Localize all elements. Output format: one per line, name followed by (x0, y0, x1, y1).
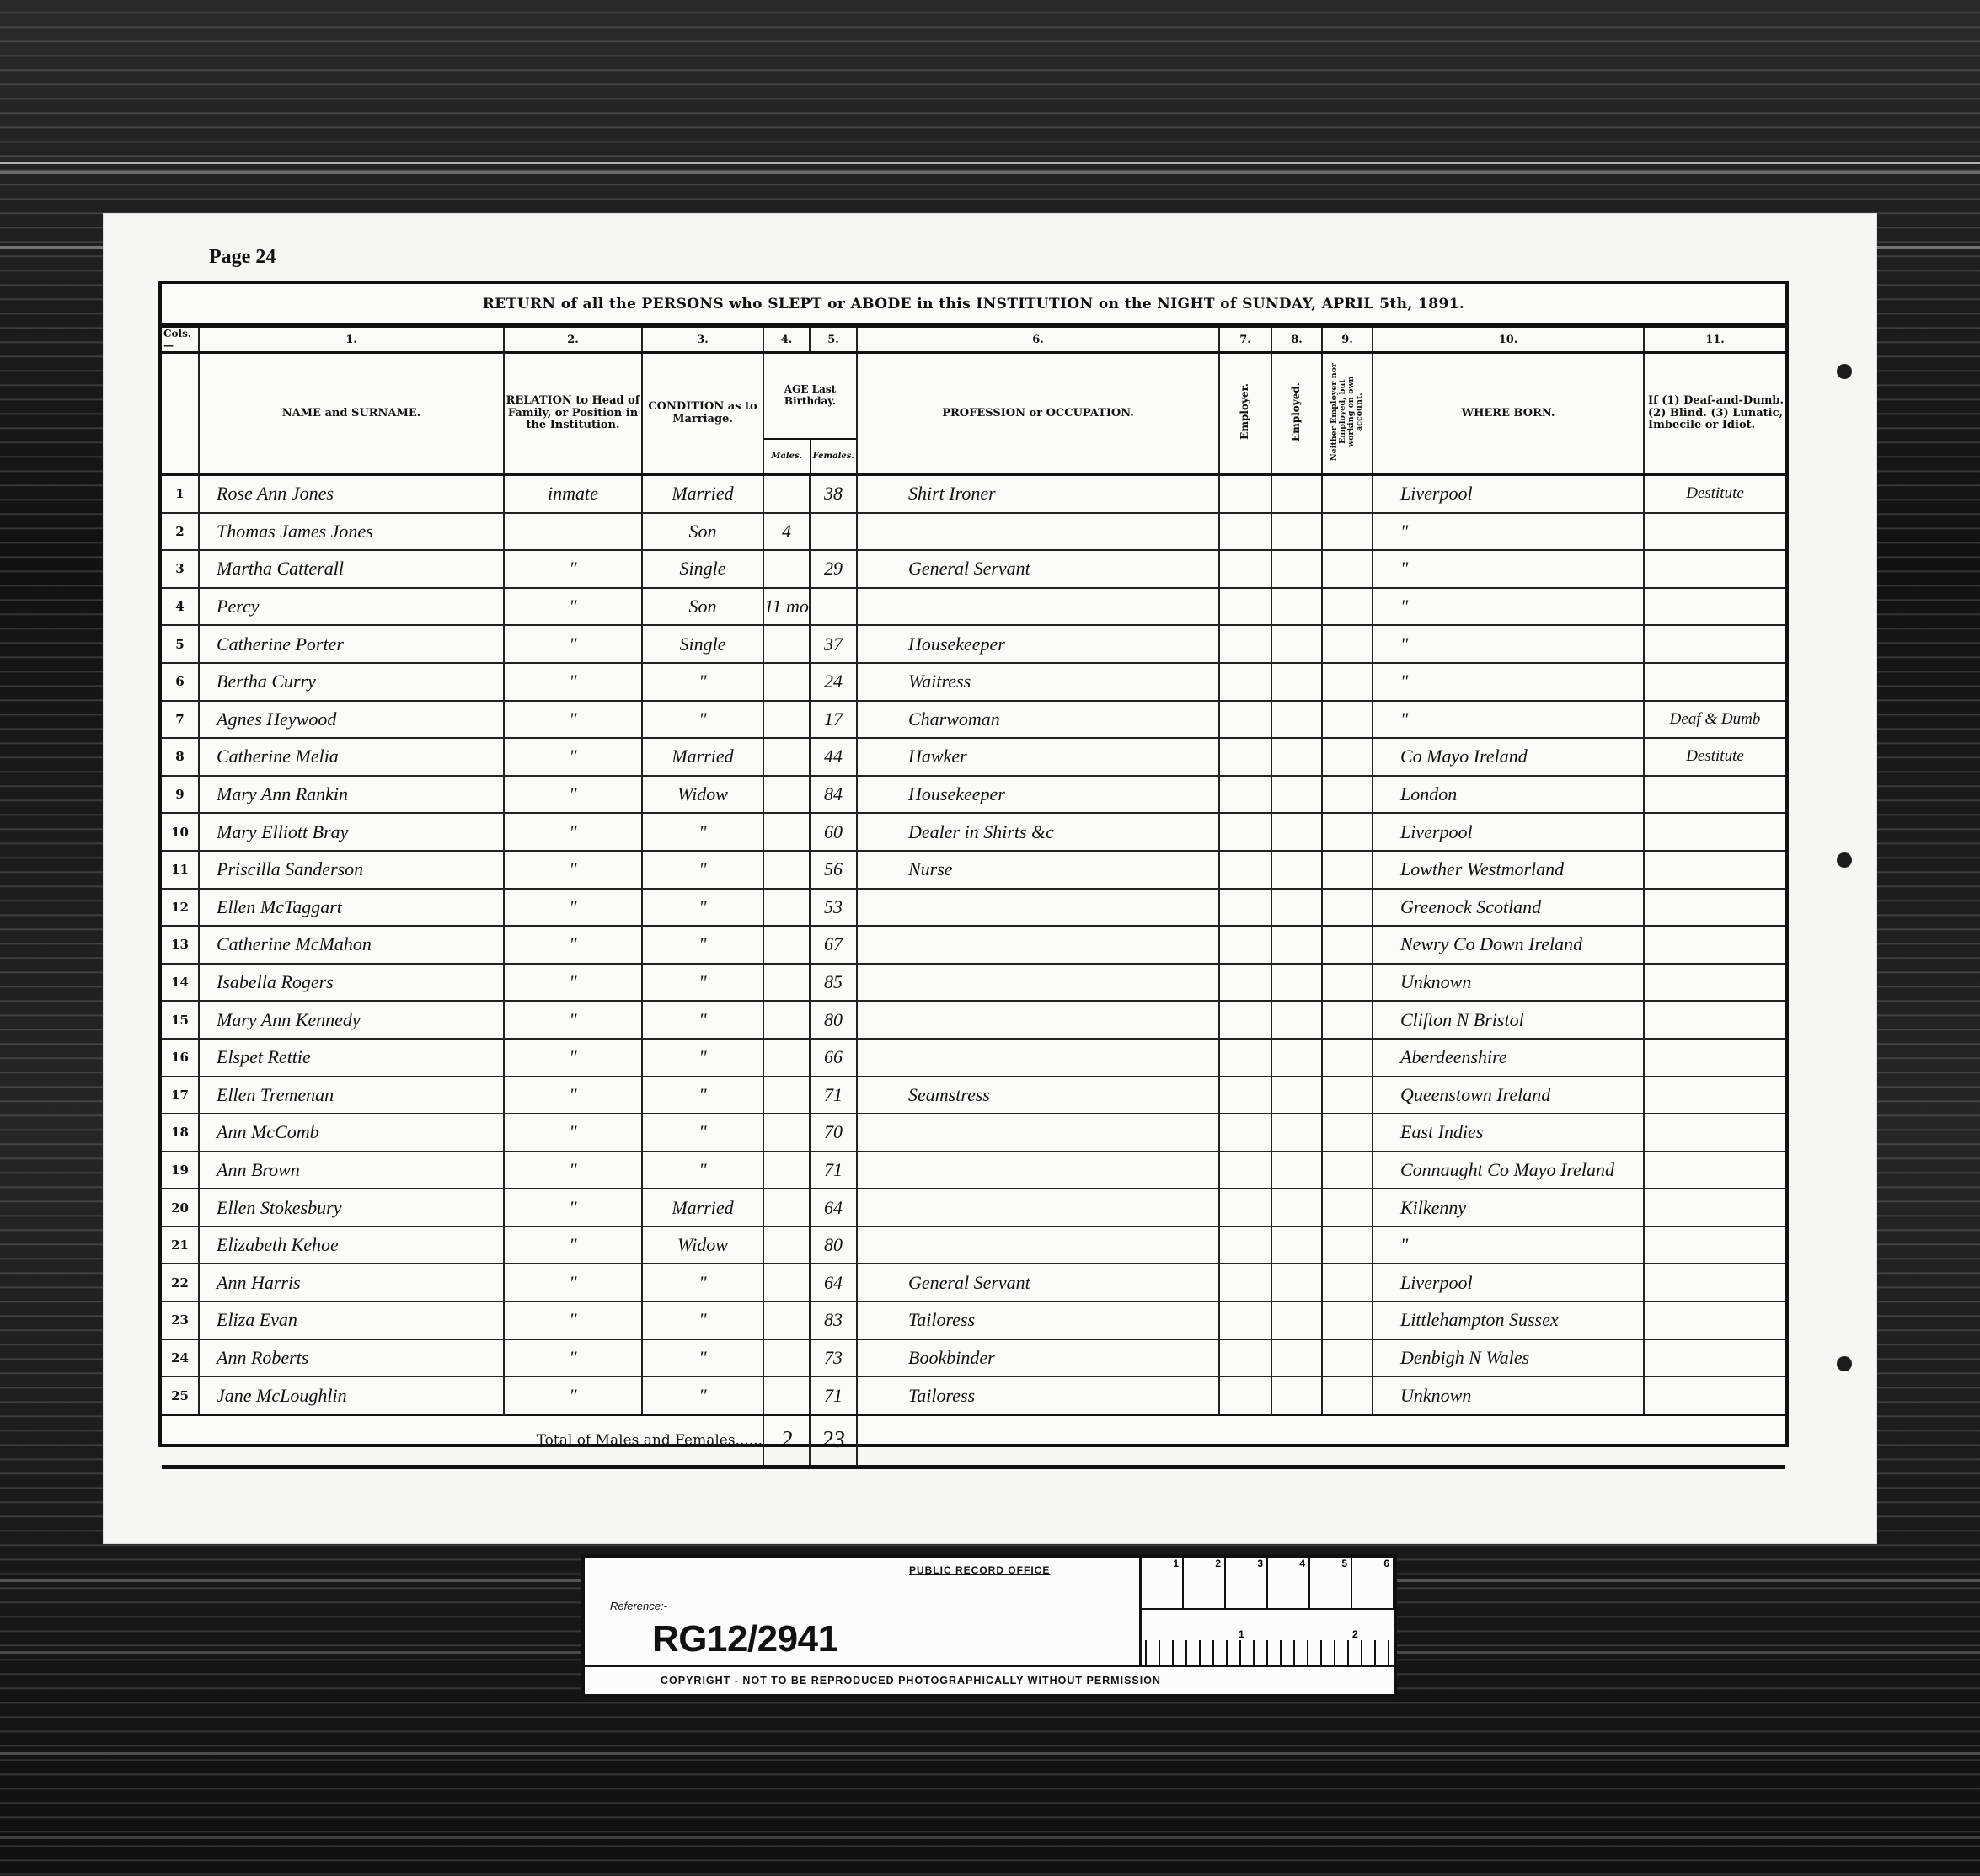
employer-cell (1219, 1001, 1271, 1039)
occupation-cell: Nurse (857, 851, 1219, 889)
occupation-cell: Housekeeper (857, 625, 1219, 663)
age-males-label: Males. (764, 440, 811, 473)
employer-cell (1219, 1227, 1271, 1264)
row-number: 17 (162, 1077, 199, 1114)
occupation-cell (857, 1039, 1219, 1077)
ruler-tick-label: 5 (1310, 1558, 1352, 1608)
row-number: 14 (162, 964, 199, 1002)
person-name: Ellen Stokesbury (199, 1189, 504, 1227)
header-occupation: PROFESSION or OCCUPATION. (857, 353, 1219, 475)
occupation-cell (857, 513, 1219, 551)
infirmity-cell (1644, 625, 1785, 663)
occupation-cell (857, 1114, 1219, 1152)
neither-cell (1322, 1339, 1373, 1377)
employed-cell (1271, 1001, 1322, 1039)
ruler-tick-label: 4 (1268, 1558, 1310, 1608)
header-condition: CONDITION as to Marriage. (642, 353, 763, 475)
employed-cell (1271, 964, 1322, 1002)
employer-cell (1219, 475, 1271, 513)
relation-cell: " (504, 851, 642, 889)
row-number: 10 (162, 813, 199, 851)
census-row: 20Ellen Stokesbury"Married64Kilkenny (162, 1189, 1785, 1227)
male-age (763, 889, 810, 927)
census-row: 7Agnes Heywood""17Charwoman"Deaf & Dumb (162, 701, 1785, 739)
occupation-cell: Seamstress (857, 1077, 1219, 1114)
relation-cell: " (504, 1376, 642, 1414)
occupation-cell: Housekeeper (857, 776, 1219, 814)
where-born-cell: East Indies (1373, 1114, 1644, 1152)
neither-cell (1322, 1152, 1373, 1189)
ruler-tick-label: 3 (1226, 1558, 1268, 1608)
where-born-cell: " (1373, 550, 1644, 588)
where-born-cell: Liverpool (1373, 1264, 1644, 1301)
condition-cell: " (642, 1376, 763, 1414)
row-number: 23 (162, 1301, 199, 1339)
census-row: 12Ellen McTaggart""53Greenock Scotland (162, 889, 1785, 927)
total-females: 23 (810, 1414, 857, 1467)
where-born-cell: Liverpool (1373, 813, 1644, 851)
where-born-cell: Greenock Scotland (1373, 889, 1644, 927)
employer-cell (1219, 1301, 1271, 1339)
neither-cell (1322, 1001, 1373, 1039)
census-row: 17Ellen Tremenan""71SeamstressQueenstown… (162, 1077, 1785, 1114)
neither-cell (1322, 964, 1373, 1002)
relation-cell: " (504, 1264, 642, 1301)
employer-cell (1219, 1376, 1271, 1414)
employed-cell (1271, 926, 1322, 964)
person-name: Ellen McTaggart (199, 889, 504, 927)
row-number: 4 (162, 588, 199, 626)
neither-cell (1322, 513, 1373, 551)
infirmity-cell (1644, 550, 1785, 588)
row-number: 1 (162, 475, 199, 513)
header-where-born: WHERE BORN. (1373, 353, 1644, 475)
person-name: Elspet Rettie (199, 1039, 504, 1077)
relation-cell: " (504, 1301, 642, 1339)
employer-cell (1219, 550, 1271, 588)
office-name: PUBLIC RECORD OFFICE (909, 1564, 1050, 1576)
female-age: 29 (810, 550, 857, 588)
female-age: 67 (810, 926, 857, 964)
condition-cell: " (642, 1301, 763, 1339)
employed-cell (1271, 663, 1322, 701)
male-age (763, 738, 810, 776)
row-number: 21 (162, 1227, 199, 1264)
occupation-cell: Tailoress (857, 1376, 1219, 1414)
infirmity-cell (1644, 513, 1785, 551)
where-born-cell: Unknown (1373, 1376, 1644, 1414)
infirmity-cell: Destitute (1644, 738, 1785, 776)
where-born-cell: Connaught Co Mayo Ireland (1373, 1152, 1644, 1189)
ruler-inch-label: 2 (1352, 1628, 1358, 1640)
ruler-tick-label: 2 (1184, 1558, 1226, 1608)
infirmity-cell (1644, 1189, 1785, 1227)
totals-blank (857, 1414, 1785, 1467)
condition-cell: " (642, 851, 763, 889)
employer-cell (1219, 776, 1271, 814)
employer-cell (1219, 1077, 1271, 1114)
infirmity-cell (1644, 1152, 1785, 1189)
employer-cell (1219, 964, 1271, 1002)
where-born-cell: " (1373, 1227, 1644, 1264)
census-row: 8Catherine Melia"Married44HawkerCo Mayo … (162, 738, 1785, 776)
condition-cell: Married (642, 1189, 763, 1227)
relation-cell (504, 513, 642, 551)
female-age: 83 (810, 1301, 857, 1339)
where-born-cell: Liverpool (1373, 475, 1644, 513)
census-row: 13Catherine McMahon""67Newry Co Down Ire… (162, 926, 1785, 964)
col-number: 5. (810, 328, 857, 353)
relation-cell: " (504, 1001, 642, 1039)
male-age (763, 1152, 810, 1189)
male-age: 11 mo (763, 588, 810, 626)
female-age: 64 (810, 1189, 857, 1227)
occupation-cell: Charwoman (857, 701, 1219, 739)
employer-cell (1219, 1189, 1271, 1227)
census-row: 6Bertha Curry""24Waitress" (162, 663, 1785, 701)
where-born-cell: Unknown (1373, 964, 1644, 1002)
condition-cell: Son (642, 513, 763, 551)
census-row: 25Jane McLoughlin""71TailoressUnknown (162, 1376, 1785, 1414)
where-born-cell: " (1373, 513, 1644, 551)
census-row: 18Ann McComb""70East Indies (162, 1114, 1785, 1152)
relation-cell: " (504, 625, 642, 663)
where-born-cell: Queenstown Ireland (1373, 1077, 1644, 1114)
occupation-cell (857, 964, 1219, 1002)
row-number: 13 (162, 926, 199, 964)
header-name: NAME and SURNAME. (199, 353, 504, 475)
neither-cell (1322, 1077, 1373, 1114)
condition-cell: " (642, 1039, 763, 1077)
infirmity-cell (1644, 1227, 1785, 1264)
where-born-cell: Aberdeenshire (1373, 1039, 1644, 1077)
occupation-cell (857, 926, 1219, 964)
infirmity-cell (1644, 1077, 1785, 1114)
person-name: Percy (199, 588, 504, 626)
female-age (810, 588, 857, 626)
condition-cell: " (642, 1264, 763, 1301)
condition-cell: Married (642, 475, 763, 513)
condition-cell: " (642, 1339, 763, 1377)
employed-cell (1271, 625, 1322, 663)
where-born-cell: " (1373, 625, 1644, 663)
row-number: 22 (162, 1264, 199, 1301)
person-name: Rose Ann Jones (199, 475, 504, 513)
employer-cell (1219, 513, 1271, 551)
male-age (763, 475, 810, 513)
row-number: 7 (162, 701, 199, 739)
infirmity-cell (1644, 776, 1785, 814)
employed-cell (1271, 1039, 1322, 1077)
where-born-cell: " (1373, 663, 1644, 701)
neither-cell (1322, 475, 1373, 513)
employed-cell (1271, 1376, 1322, 1414)
employer-cell (1219, 588, 1271, 626)
female-age: 37 (810, 625, 857, 663)
person-name: Priscilla Sanderson (199, 851, 504, 889)
female-age: 17 (810, 701, 857, 739)
ruler-tick-label: 1 (1142, 1558, 1184, 1608)
person-name: Mary Ann Kennedy (199, 1001, 504, 1039)
neither-cell (1322, 663, 1373, 701)
person-name: Ann Roberts (199, 1339, 504, 1377)
occupation-cell (857, 1001, 1219, 1039)
employer-cell (1219, 1039, 1271, 1077)
employed-cell (1271, 1152, 1322, 1189)
female-age: 38 (810, 475, 857, 513)
employed-cell (1271, 701, 1322, 739)
infirmity-cell (1644, 964, 1785, 1002)
occupation-cell: Hawker (857, 738, 1219, 776)
row-number: 20 (162, 1189, 199, 1227)
row-number: 9 (162, 776, 199, 814)
male-age (763, 1376, 810, 1414)
col-number: 4. (763, 328, 810, 353)
neither-cell (1322, 1189, 1373, 1227)
infirmity-cell (1644, 851, 1785, 889)
male-age: 4 (763, 513, 810, 551)
condition-cell: " (642, 889, 763, 927)
relation-cell: " (504, 926, 642, 964)
condition-cell: " (642, 1077, 763, 1114)
male-age (763, 550, 810, 588)
condition-cell: " (642, 926, 763, 964)
row-number: 3 (162, 550, 199, 588)
person-name: Ann McComb (199, 1114, 504, 1152)
row-number: 8 (162, 738, 199, 776)
header-relation: RELATION to Head of Family, or Position … (504, 353, 642, 475)
row-number: 12 (162, 889, 199, 927)
relation-cell: " (504, 1339, 642, 1377)
ruler-inch-label: 1 (1239, 1628, 1244, 1640)
infirmity-cell (1644, 1376, 1785, 1414)
infirmity-cell (1644, 926, 1785, 964)
occupation-cell: Waitress (857, 663, 1219, 701)
row-number-header (162, 353, 199, 475)
census-row: 19Ann Brown""71Connaught Co Mayo Ireland (162, 1152, 1785, 1189)
female-age: 60 (810, 813, 857, 851)
person-name: Bertha Curry (199, 663, 504, 701)
male-age (763, 1001, 810, 1039)
col-number: 10. (1373, 328, 1644, 353)
female-age: 73 (810, 1339, 857, 1377)
header-infirmity: If (1) Deaf-and-Dumb. (2) Blind. (3) Lun… (1644, 353, 1785, 475)
row-number: 24 (162, 1339, 199, 1377)
neither-cell (1322, 588, 1373, 626)
person-name: Catherine Porter (199, 625, 504, 663)
condition-cell: Son (642, 588, 763, 626)
person-name: Jane McLoughlin (199, 1376, 504, 1414)
census-row: 23Eliza Evan""83TailoressLittlehampton S… (162, 1301, 1785, 1339)
person-name: Thomas James Jones (199, 513, 504, 551)
male-age (763, 1189, 810, 1227)
employed-cell (1271, 475, 1322, 513)
neither-cell (1322, 1039, 1373, 1077)
census-row: 4Percy"Son11 mo" (162, 588, 1785, 626)
infirmity-cell (1644, 889, 1785, 927)
condition-cell: " (642, 701, 763, 739)
male-age (763, 625, 810, 663)
form-title: RETURN of all the PERSONS who SLEPT or A… (162, 284, 1785, 328)
col-number: 1. (199, 328, 504, 353)
male-age (763, 1227, 810, 1264)
census-row: 3Martha Catterall"Single29General Servan… (162, 550, 1785, 588)
employed-cell (1271, 813, 1322, 851)
female-age: 84 (810, 776, 857, 814)
col-number: 8. (1271, 328, 1322, 353)
infirmity-cell: Deaf & Dumb (1644, 701, 1785, 739)
where-born-cell: " (1373, 701, 1644, 739)
reference-label: PUBLIC RECORD OFFICE Reference:- RG12/29… (581, 1554, 1397, 1697)
binder-hole (1837, 1356, 1852, 1371)
employed-cell (1271, 588, 1322, 626)
male-age (763, 1339, 810, 1377)
neither-cell (1322, 851, 1373, 889)
relation-cell: " (504, 550, 642, 588)
binder-hole (1837, 364, 1852, 379)
person-name: Ann Brown (199, 1152, 504, 1189)
relation-cell: " (504, 1039, 642, 1077)
column-header-row: NAME and SURNAME. RELATION to Head of Fa… (162, 353, 1785, 475)
col-number: 9. (1322, 328, 1373, 353)
copyright-notice: COPYRIGHT - NOT TO BE REPRODUCED PHOTOGR… (585, 1665, 1394, 1694)
employed-cell (1271, 513, 1322, 551)
male-age (763, 851, 810, 889)
male-age (763, 663, 810, 701)
employed-cell (1271, 550, 1322, 588)
condition-cell: Widow (642, 1227, 763, 1264)
census-row: 11Priscilla Sanderson""56NurseLowther We… (162, 851, 1785, 889)
neither-cell (1322, 625, 1373, 663)
where-born-cell: Co Mayo Ireland (1373, 738, 1644, 776)
female-age (810, 513, 857, 551)
neither-cell (1322, 776, 1373, 814)
infirmity-cell (1644, 1264, 1785, 1301)
neither-cell (1322, 1227, 1373, 1264)
person-name: Ellen Tremenan (199, 1077, 504, 1114)
relation-cell: " (504, 776, 642, 814)
condition-cell: " (642, 813, 763, 851)
reference-prefix: Reference:- (610, 1600, 667, 1612)
col-number: 3. (642, 328, 763, 353)
relation-cell: " (504, 738, 642, 776)
occupation-cell: General Servant (857, 550, 1219, 588)
female-age: 71 (810, 1376, 857, 1414)
employed-cell (1271, 1227, 1322, 1264)
ruler-tick-label: 6 (1352, 1558, 1394, 1608)
header-employed: Employed. (1271, 353, 1322, 475)
male-age (763, 776, 810, 814)
neither-cell (1322, 701, 1373, 739)
male-age (763, 1077, 810, 1114)
female-age: 56 (810, 851, 857, 889)
employed-cell (1271, 1114, 1322, 1152)
census-row: 2Thomas James JonesSon4" (162, 513, 1785, 551)
infirmity-cell (1644, 663, 1785, 701)
neither-cell (1322, 738, 1373, 776)
row-number: 2 (162, 513, 199, 551)
employed-cell (1271, 1339, 1322, 1377)
employed-cell (1271, 1264, 1322, 1301)
where-born-cell: " (1373, 588, 1644, 626)
female-age: 53 (810, 889, 857, 927)
relation-cell: " (504, 1152, 642, 1189)
condition-cell: " (642, 663, 763, 701)
neither-cell (1322, 889, 1373, 927)
employer-cell (1219, 926, 1271, 964)
female-age: 71 (810, 1077, 857, 1114)
female-age: 66 (810, 1039, 857, 1077)
person-name: Martha Catterall (199, 550, 504, 588)
total-males: 2 (763, 1414, 810, 1467)
employed-cell (1271, 738, 1322, 776)
relation-cell: " (504, 588, 642, 626)
male-age (763, 813, 810, 851)
age-label: AGE Last Birthday. (764, 354, 856, 440)
totals-row: Total of Males and Females...... 2 23 (162, 1414, 1785, 1467)
row-number: 25 (162, 1376, 199, 1414)
condition-cell: " (642, 1152, 763, 1189)
condition-cell: Single (642, 550, 763, 588)
census-row: 15Mary Ann Kennedy""80Clifton N Bristol (162, 1001, 1785, 1039)
employer-cell (1219, 1264, 1271, 1301)
relation-cell: " (504, 1227, 642, 1264)
header-neither: Neither Employer nor Employed, but worki… (1322, 353, 1373, 475)
person-name: Ann Harris (199, 1264, 504, 1301)
female-age: 71 (810, 1152, 857, 1189)
reference-code: RG12/2941 (652, 1618, 838, 1660)
relation-cell: inmate (504, 475, 642, 513)
header-age: AGE Last Birthday. Males. Females. (763, 353, 857, 475)
where-born-cell: Newry Co Down Ireland (1373, 926, 1644, 964)
neither-cell (1322, 926, 1373, 964)
infirmity-cell (1644, 1001, 1785, 1039)
person-name: Isabella Rogers (199, 964, 504, 1002)
infirmity-cell (1644, 1339, 1785, 1377)
col-number: 6. (857, 328, 1219, 353)
row-number: 5 (162, 625, 199, 663)
ruler-ticks (1145, 1640, 1391, 1665)
infirmity-cell (1644, 1301, 1785, 1339)
occupation-cell: Tailoress (857, 1301, 1219, 1339)
person-name: Mary Elliott Bray (199, 813, 504, 851)
male-age (763, 926, 810, 964)
occupation-cell: Shirt Ironer (857, 475, 1219, 513)
female-age: 70 (810, 1114, 857, 1152)
employed-cell (1271, 776, 1322, 814)
employer-cell (1219, 1114, 1271, 1152)
occupation-cell (857, 889, 1219, 927)
infirmity-cell: Destitute (1644, 475, 1785, 513)
row-number: 11 (162, 851, 199, 889)
female-age: 80 (810, 1227, 857, 1264)
employed-cell (1271, 889, 1322, 927)
employer-cell (1219, 1152, 1271, 1189)
census-row: 10Mary Elliott Bray""60Dealer in Shirts … (162, 813, 1785, 851)
condition-cell: Married (642, 738, 763, 776)
where-born-cell: Kilkenny (1373, 1189, 1644, 1227)
condition-cell: " (642, 1114, 763, 1152)
where-born-cell: Denbigh N Wales (1373, 1339, 1644, 1377)
infirmity-cell (1644, 1039, 1785, 1077)
census-row: 16Elspet Rettie""66Aberdeenshire (162, 1039, 1785, 1077)
relation-cell: " (504, 701, 642, 739)
row-number: 15 (162, 1001, 199, 1039)
employed-cell (1271, 1189, 1322, 1227)
col-number: 2. (504, 328, 642, 353)
binder-hole (1837, 852, 1852, 868)
census-row: 1Rose Ann JonesinmateMarried38Shirt Iron… (162, 475, 1785, 513)
